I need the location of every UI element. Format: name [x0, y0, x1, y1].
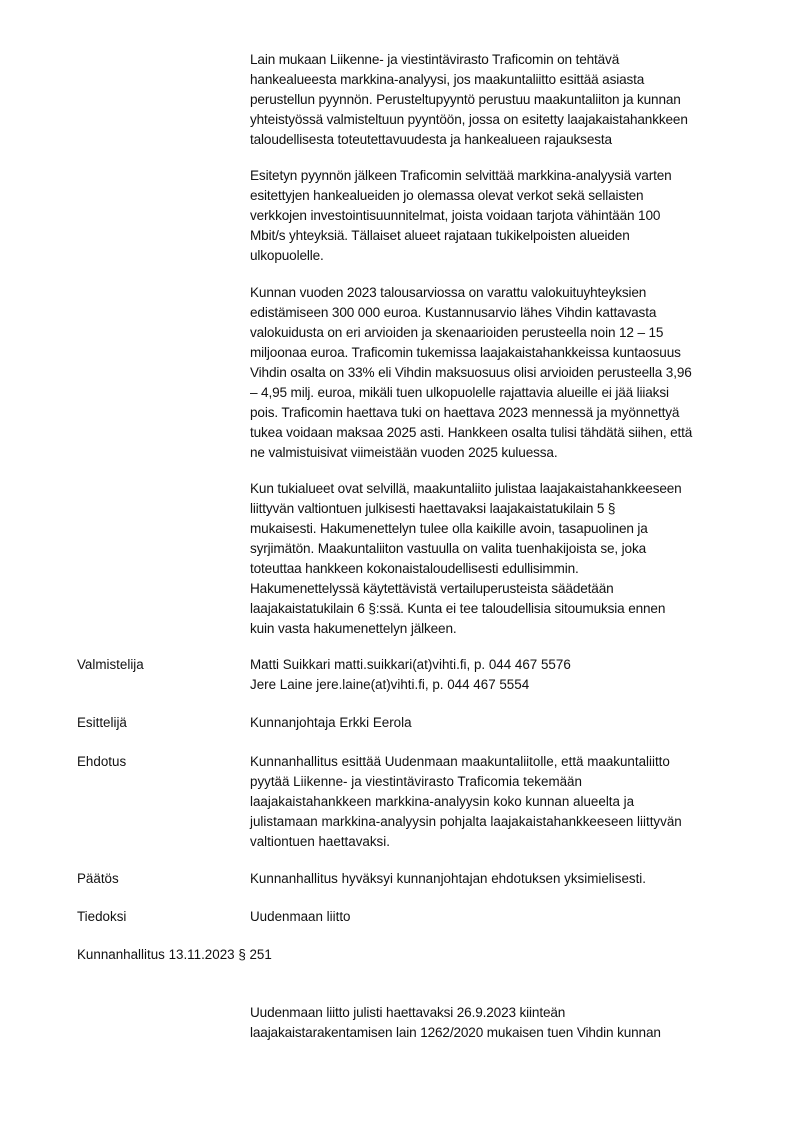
value-ehdotus: Kunnanhallitus esittää Uudenmaan maakunt… — [250, 752, 730, 852]
label-ehdotus: Ehdotus — [77, 752, 126, 772]
text-line: Uudenmaan liitto — [250, 907, 730, 927]
contact-line: Jere Laine jere.laine(at)vihti.fi, p. 04… — [250, 675, 730, 695]
text-line: pois. Traficomin haettava tuki on haetta… — [250, 403, 730, 423]
text-line: ne valmistuisivat viimeistään vuoden 202… — [250, 443, 730, 463]
document-page: Lain mukaan Liikenne- ja viestintävirast… — [0, 0, 794, 1122]
value-esittelija: Kunnanjohtaja Erkki Eerola — [250, 713, 730, 733]
label-tiedoksi: Tiedoksi — [77, 907, 126, 927]
text-line: Kunnanjohtaja Erkki Eerola — [250, 713, 730, 733]
paragraph-announcement: Uudenmaan liitto julisti haettavaksi 26.… — [250, 1003, 730, 1043]
text-line: valokuidusta on eri arvioiden ja skenaar… — [250, 323, 730, 343]
text-line: Vihdin osalta on 33% eli Vihdin maksuosu… — [250, 363, 730, 383]
text-line: syrjimätön. Maakuntaliiton vastuulla on … — [250, 539, 730, 559]
text-line: liittyvän valtiontuen julkisesti haettav… — [250, 499, 730, 519]
value-tiedoksi: Uudenmaan liitto — [250, 907, 730, 927]
text-line: – 4,95 milj. euroa, mikäli tuen ulkopuol… — [250, 383, 730, 403]
text-line: Esitetyn pyynnön jälkeen Traficomin selv… — [250, 166, 730, 186]
text-line: miljoonaa euroa. Traficomin tukemissa la… — [250, 343, 730, 363]
paragraph-market-analysis: Lain mukaan Liikenne- ja viestintävirast… — [250, 50, 730, 150]
text-line: laajakaistarakentamisen lain 1262/2020 m… — [250, 1023, 730, 1043]
text-line: Kunnanhallitus hyväksyi kunnanjohtajan e… — [250, 869, 730, 889]
text-line: esitettyjen hankealueiden jo olemassa ol… — [250, 186, 730, 206]
text-line: hankealueesta markkina-analyysi, jos maa… — [250, 70, 730, 90]
paragraph-traficom-review: Esitetyn pyynnön jälkeen Traficomin selv… — [250, 166, 730, 266]
value-valmistelija: Matti Suikkari matti.suikkari(at)vihti.f… — [250, 655, 730, 695]
text-line: Kun tukialueet ovat selvillä, maakuntali… — [250, 479, 730, 499]
text-line: ulkopuolelle. — [250, 246, 730, 266]
text-line: kuin vasta hakumenettelyn jälkeen. — [250, 619, 730, 639]
text-line: Lain mukaan Liikenne- ja viestintävirast… — [250, 50, 730, 70]
text-line: Kunnan vuoden 2023 talousarviossa on var… — [250, 283, 730, 303]
section-heading: Kunnanhallitus 13.11.2023 § 251 — [77, 945, 272, 965]
text-line: Hakumenettelyssä käytettävistä vertailup… — [250, 579, 730, 599]
text-line: Kunnanhallitus esittää Uudenmaan maakunt… — [250, 752, 730, 772]
text-line: mukaisesti. Hakumenettelyn tulee olla ka… — [250, 519, 730, 539]
text-line: yhteistyössä valmisteltuun pyyntöön, jos… — [250, 110, 730, 130]
label-valmistelija: Valmistelija — [77, 655, 144, 675]
text-line: valtiontuen haettavaksi. — [250, 832, 730, 852]
label-paatos: Päätös — [77, 869, 119, 889]
text-line: verkkojen investointisuunnitelmat, joist… — [250, 206, 730, 226]
value-paatos: Kunnanhallitus hyväksyi kunnanjohtajan e… — [250, 869, 730, 889]
text-line: julistamaan markkina-analyysin pohjalta … — [250, 812, 730, 832]
text-line: taloudellisesta toteutettavuudesta ja ha… — [250, 130, 730, 150]
text-line: edistämiseen 300 000 euroa. Kustannusarv… — [250, 303, 730, 323]
text-line: toteuttaa hankkeen kokonaistaloudellises… — [250, 559, 730, 579]
text-line: Uudenmaan liitto julisti haettavaksi 26.… — [250, 1003, 730, 1023]
text-line: laajakaistahankkeen markkina-analyysin k… — [250, 792, 730, 812]
paragraph-budget: Kunnan vuoden 2023 talousarviossa on var… — [250, 283, 730, 463]
text-line: pyytää Liikenne- ja viestintävirasto Tra… — [250, 772, 730, 792]
text-line: tukea voidaan maksaa 2025 asti. Hankkeen… — [250, 423, 730, 443]
text-line: perustellun pyynnön. Perusteltupyyntö pe… — [250, 90, 730, 110]
text-line: Mbit/s yhteyksiä. Tällaiset alueet rajat… — [250, 226, 730, 246]
label-esittelija: Esittelijä — [77, 713, 127, 733]
paragraph-state-aid: Kun tukialueet ovat selvillä, maakuntali… — [250, 479, 730, 639]
contact-line: Matti Suikkari matti.suikkari(at)vihti.f… — [250, 655, 730, 675]
text-line: laajakaistatukilain 6 §:ssä. Kunta ei te… — [250, 599, 730, 619]
